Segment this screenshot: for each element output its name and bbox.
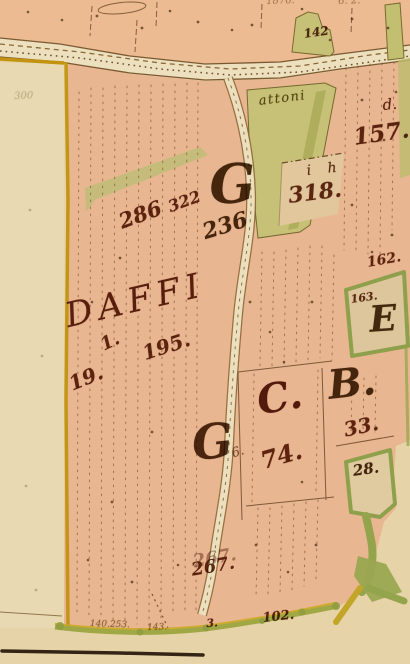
label-parcel-267: 267. bbox=[190, 554, 236, 579]
cadastral-map: 1876. 6. 2. 142 300 attoni d. 157. i h 3… bbox=[0, 0, 410, 664]
label-parcel-19: 19. bbox=[66, 362, 106, 394]
label-d-abbrev: d. bbox=[382, 97, 398, 113]
label-parcel-322: 322 bbox=[166, 189, 203, 215]
label-parcel-286: 286 bbox=[116, 197, 164, 232]
map-annotations: 1876. 6. 2. 142 300 attoni d. 157. i h 3… bbox=[0, 0, 410, 664]
label-parcel-6: 6. bbox=[230, 444, 246, 460]
label-parcel-142: 142 bbox=[303, 25, 329, 40]
label-parcel-28: 28. bbox=[352, 460, 380, 478]
label-bottom-note-1: 140.253. bbox=[90, 620, 130, 630]
label-parcel-236: 236 bbox=[200, 209, 250, 243]
label-parcel-33: 33. bbox=[342, 413, 380, 440]
label-parcel-74: 74. bbox=[258, 438, 305, 473]
label-section-b: B. bbox=[326, 361, 378, 406]
label-ih-abbrev: i h bbox=[306, 160, 343, 178]
label-pencil-note: 300 bbox=[14, 91, 33, 102]
label-bottom-note-2: 143. bbox=[147, 623, 167, 633]
label-bottom-note-3: 3. bbox=[206, 617, 218, 629]
label-top-note-1: 1876. bbox=[266, 0, 295, 7]
label-section-e: E bbox=[368, 300, 398, 338]
label-parcel-157: 157. bbox=[352, 118, 410, 149]
label-section-c: C. bbox=[254, 374, 305, 421]
label-top-note-2: 6. 2. bbox=[338, 0, 361, 7]
label-parcel-1: 1. bbox=[98, 330, 123, 354]
label-place-name: DAFFI bbox=[62, 268, 208, 333]
label-section-g-lower: G bbox=[190, 416, 235, 467]
label-section-g-upper: G bbox=[208, 156, 257, 212]
label-parcel-162: 162. bbox=[366, 250, 402, 270]
label-parcel-318: 318. bbox=[287, 178, 343, 206]
label-parcel-195: 195. bbox=[140, 329, 193, 363]
label-attoni: attoni bbox=[258, 89, 307, 108]
label-parcel-102: 102. bbox=[262, 609, 295, 625]
